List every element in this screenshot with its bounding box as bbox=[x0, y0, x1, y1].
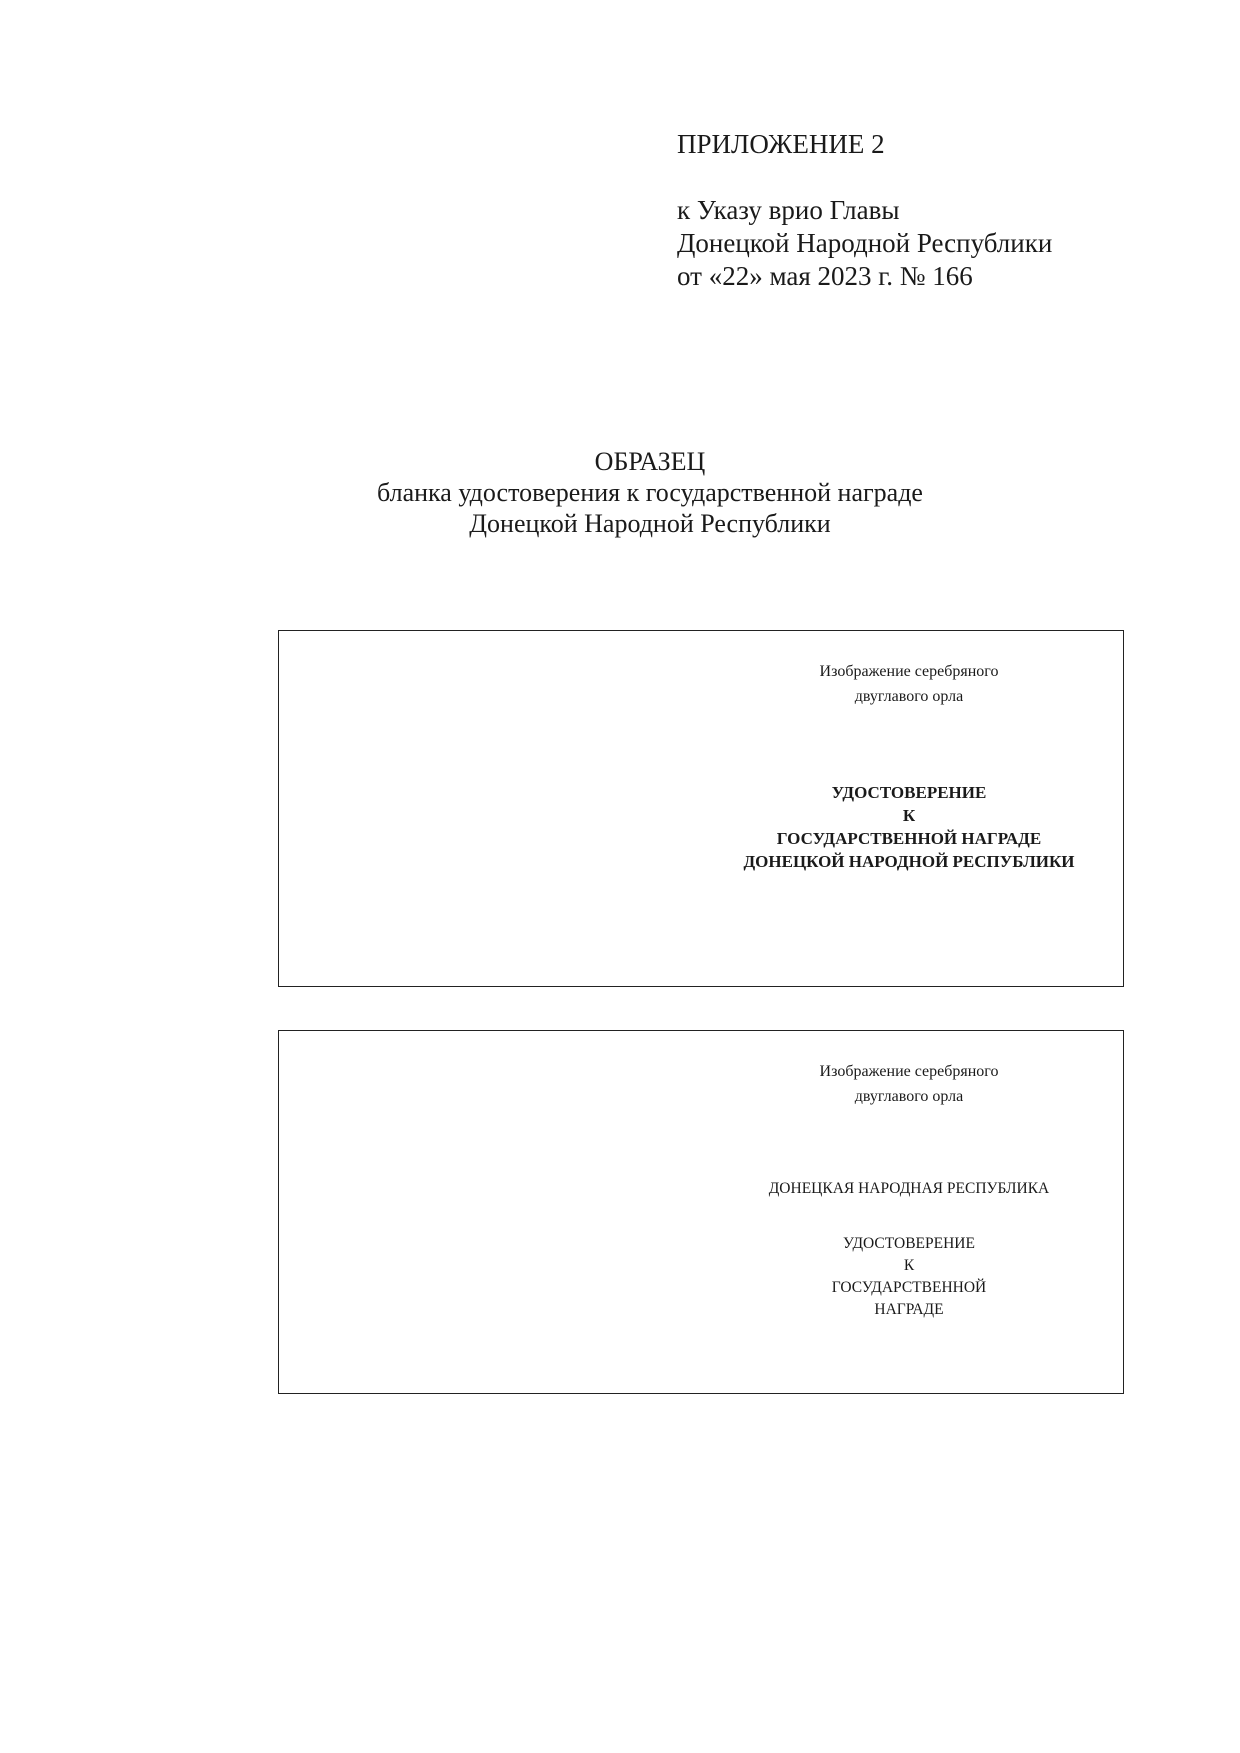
appendix-header: ПРИЛОЖЕНИЕ 2 к Указу врио Главы Донецкой… bbox=[677, 128, 1052, 293]
eagle-image-placeholder: Изображение серебряного двуглавого орла bbox=[709, 1059, 1109, 1109]
eagle-caption-line: Изображение серебряного bbox=[709, 1059, 1109, 1084]
appendix-ref-line: Донецкой Народной Республики bbox=[677, 227, 1052, 260]
cover-title-line: ГОСУДАРСТВЕННОЙ НАГРАДЕ bbox=[709, 827, 1109, 850]
country-name: ДОНЕЦКАЯ НАРОДНАЯ РЕСПУБЛИКА bbox=[709, 1179, 1109, 1199]
appendix-ref-line: к Указу врио Главы bbox=[677, 194, 1052, 227]
eagle-caption-line: Изображение серебряного bbox=[709, 659, 1109, 684]
eagle-image-placeholder: Изображение серебряного двуглавого орла bbox=[709, 659, 1109, 709]
appendix-ref-line: от «22» мая 2023 г. № 166 bbox=[677, 260, 1052, 293]
appendix-title: ПРИЛОЖЕНИЕ 2 bbox=[677, 128, 1052, 160]
appendix-reference: к Указу врио Главы Донецкой Народной Рес… bbox=[677, 194, 1052, 293]
certificate-cover-sample: Изображение серебряного двуглавого орла … bbox=[278, 630, 1124, 987]
cover-title-line: УДОСТОВЕРЕНИЕ bbox=[709, 781, 1109, 804]
heading-sub-line: Донецкой Народной Республики bbox=[60, 508, 1240, 539]
inner-title-line: НАГРАДЕ bbox=[709, 1299, 1109, 1321]
eagle-caption-line: двуглавого орла bbox=[709, 1084, 1109, 1109]
heading-sub-line: бланка удостоверения к государственной н… bbox=[60, 477, 1240, 508]
inner-title-line: ГОСУДАРСТВЕННОЙ bbox=[709, 1277, 1109, 1299]
certificate-inner-sample: Изображение серебряного двуглавого орла … bbox=[278, 1030, 1124, 1394]
cover-title-line: ДОНЕЦКОЙ НАРОДНОЙ РЕСПУБЛИКИ bbox=[709, 850, 1109, 873]
cover-title-line: К bbox=[709, 804, 1109, 827]
inner-title-line: К bbox=[709, 1255, 1109, 1277]
inner-title-line: УДОСТОВЕРЕНИЕ bbox=[709, 1233, 1109, 1255]
document-heading: ОБРАЗЕЦ бланка удостоверения к государст… bbox=[0, 446, 1240, 539]
heading-main: ОБРАЗЕЦ bbox=[60, 446, 1240, 477]
cover-title: УДОСТОВЕРЕНИЕ К ГОСУДАРСТВЕННОЙ НАГРАДЕ … bbox=[709, 781, 1109, 873]
eagle-caption-line: двуглавого орла bbox=[709, 684, 1109, 709]
inner-title: УДОСТОВЕРЕНИЕ К ГОСУДАРСТВЕННОЙ НАГРАДЕ bbox=[709, 1233, 1109, 1321]
